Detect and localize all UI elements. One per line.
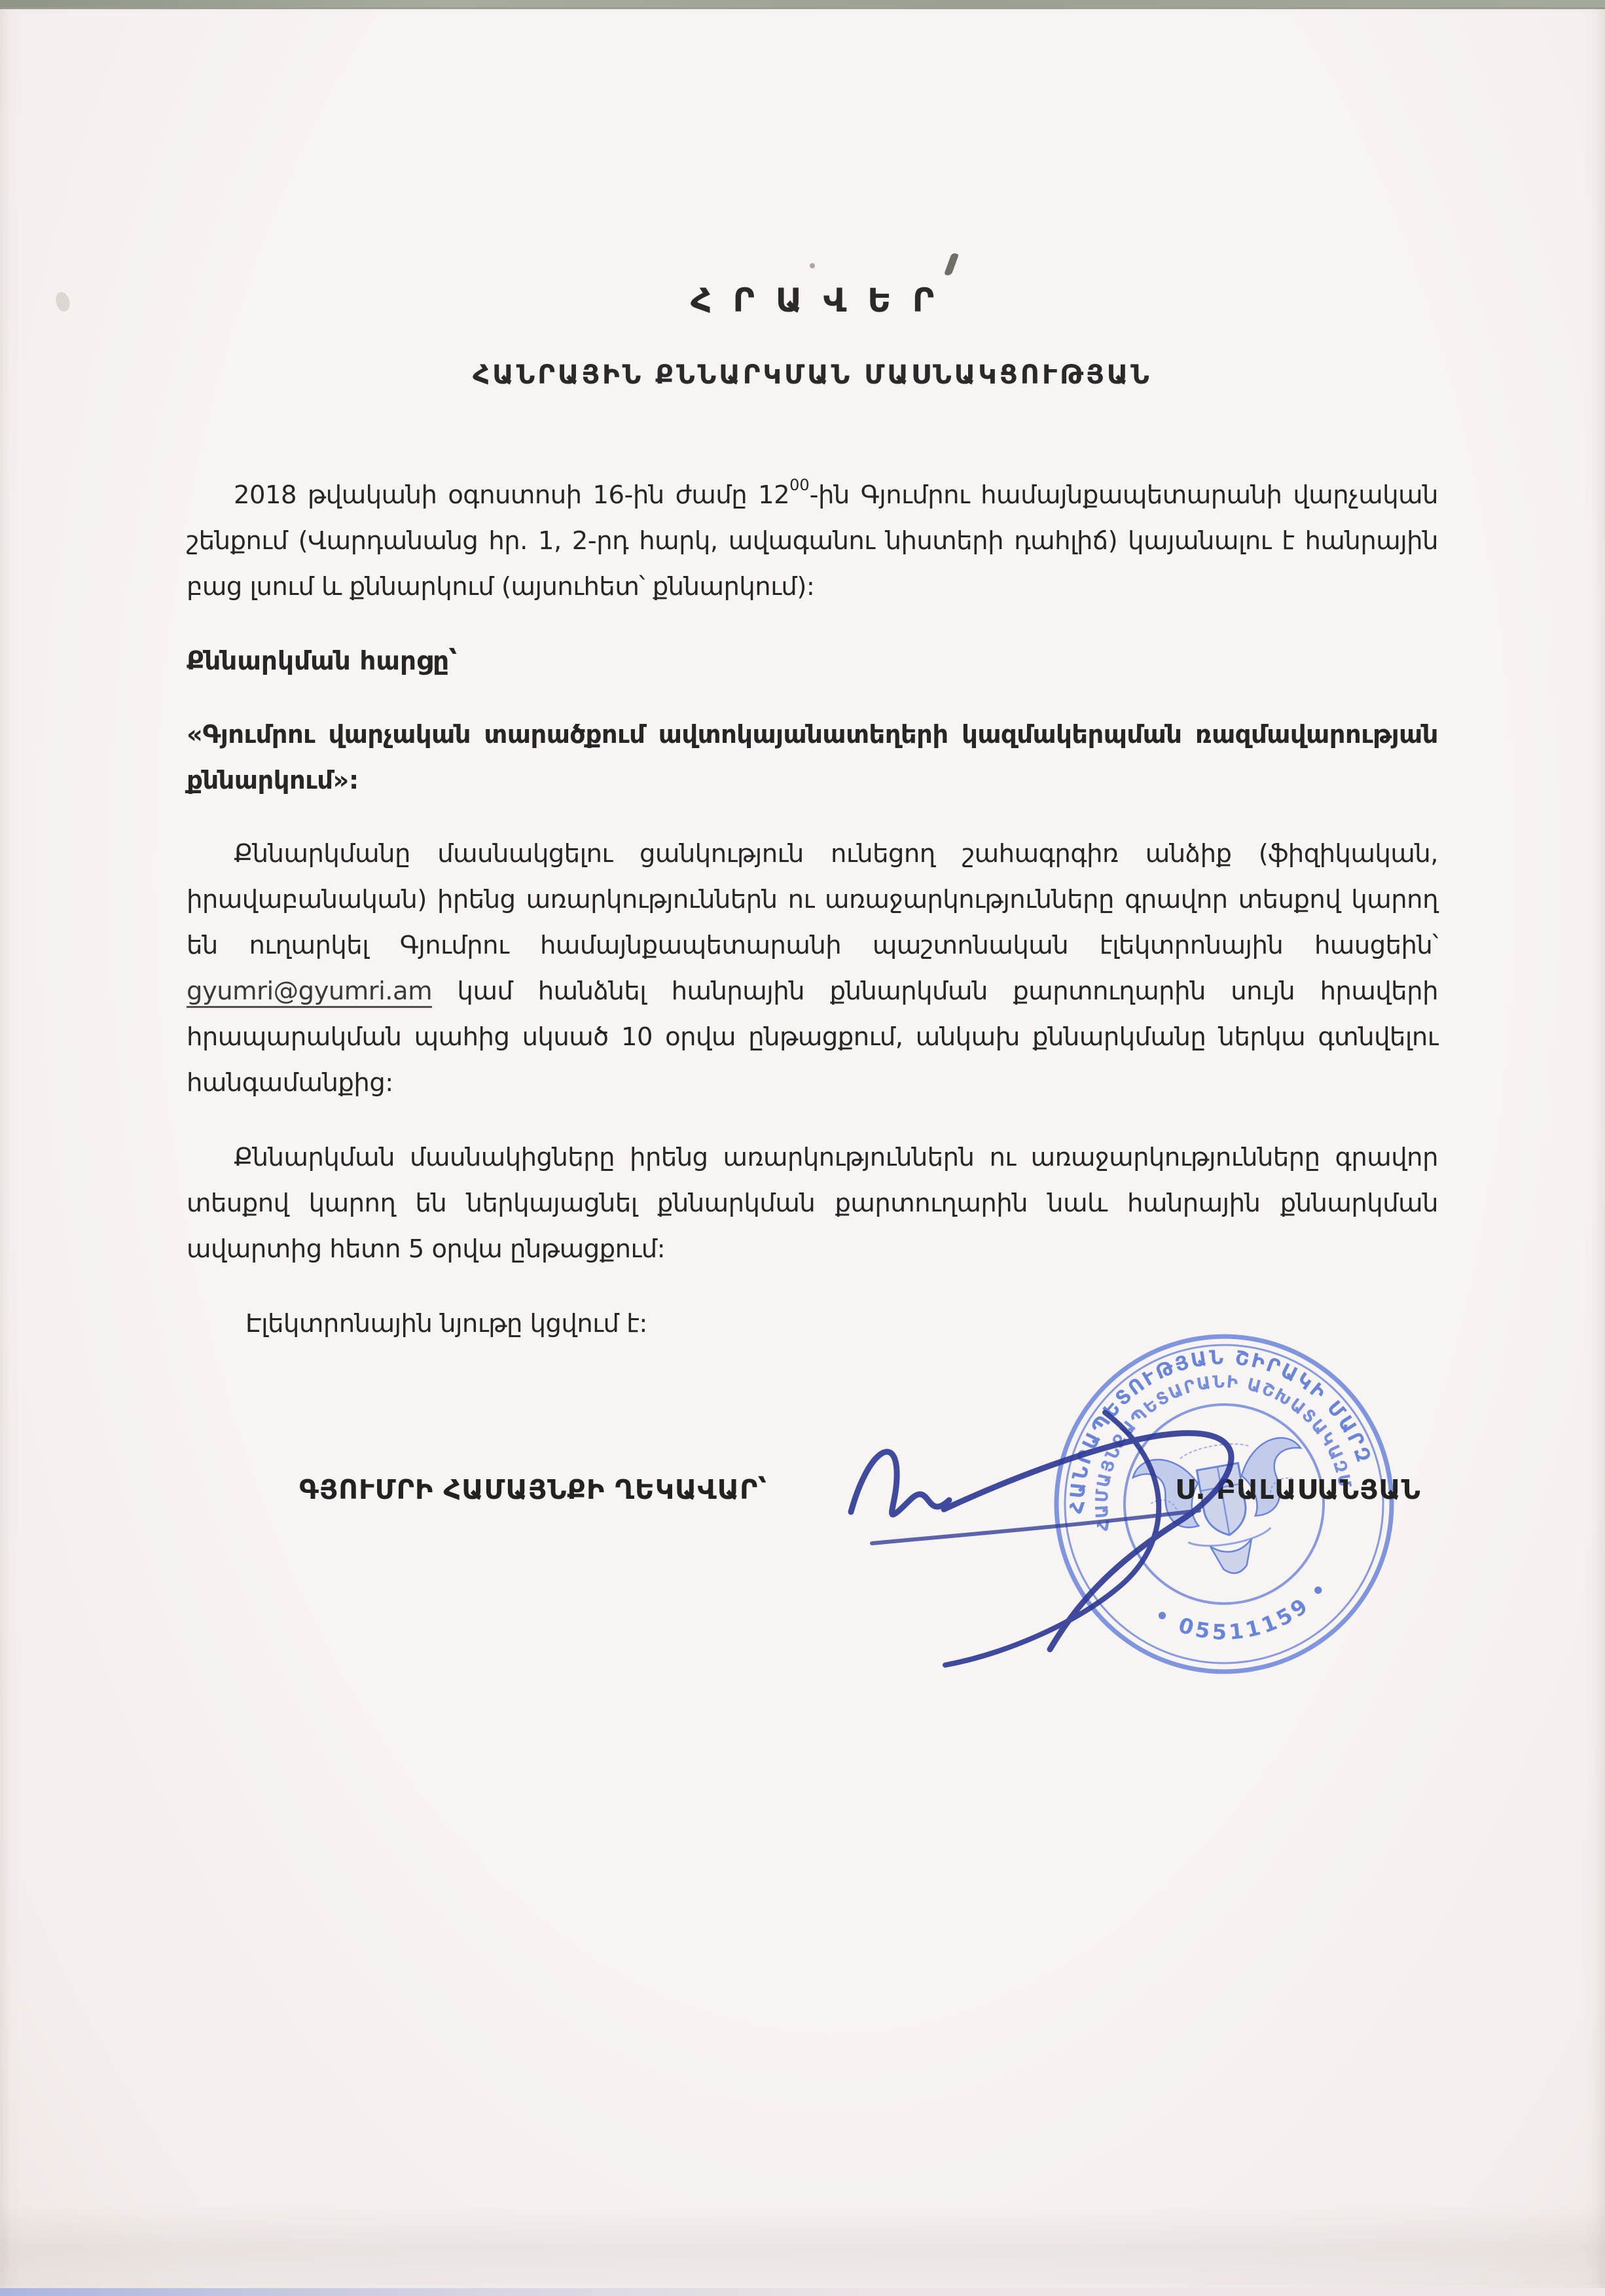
scanned-letter-page: ՀՐԱՎԵՐ ՀԱՆՐԱՅԻՆ ՔՆՆԱՐԿՄԱՆ ՄԱՍՆԱԿՑՈՒԹՅԱՆ … [0, 0, 1605, 2296]
document-subtitle: ՀԱՆՐԱՅԻՆ ՔՆՆԱՐԿՄԱՆ ՄԱՍՆԱԿՑՈՒԹՅԱՆ [187, 360, 1438, 390]
paragraph-submission-info: Քննարկմանը մասնակցելու ցանկություն ունեց… [187, 831, 1438, 1106]
paragraph-after-hearing-info: Քննարկման մասնակիցները իրենց առարկությու… [187, 1135, 1438, 1272]
hours-superscript: 00 [789, 476, 810, 494]
scanner-edge-top [0, 0, 1605, 7]
submission-text-1: Քննարկմանը մասնակցելու ցանկություն ունեց… [187, 839, 1438, 960]
signer-role: ԳՅՈՒՄՐԻ ՀԱՄԱՅՆՔԻ ՂԵԿԱՎԱՐ՝ [299, 1474, 767, 1505]
dust-speck [54, 291, 71, 313]
handwritten-signature [833, 1372, 1291, 1686]
letter-body: ՀՐԱՎԵՐ ՀԱՆՐԱՅԻՆ ՔՆՆԱՐԿՄԱՆ ՄԱՍՆԱԿՑՈՒԹՅԱՆ … [187, 0, 1438, 1347]
paragraph-event-details: 2018 թվականի օգոստոսի 16-ին ժամը 1200-ին… [187, 462, 1438, 610]
scan-smudge [0, 2206, 1605, 2284]
scanner-edge-bottom [0, 2288, 1605, 2296]
document-title: ՀՐԱՎԵՐ [187, 281, 1438, 319]
signature-svg [833, 1372, 1291, 1686]
discussion-question-body: «Գյումրու վարչական տարածքում ավտոկայանատ… [187, 712, 1438, 804]
discussion-question-heading: Քննարկման հարցը՝ [187, 639, 1438, 685]
paragraph-event-text-1: 2018 թվականի օգոստոսի 16-ին ժամը 12 [234, 480, 789, 510]
email-link[interactable]: gyumri@gyumri.am [187, 977, 432, 1008]
